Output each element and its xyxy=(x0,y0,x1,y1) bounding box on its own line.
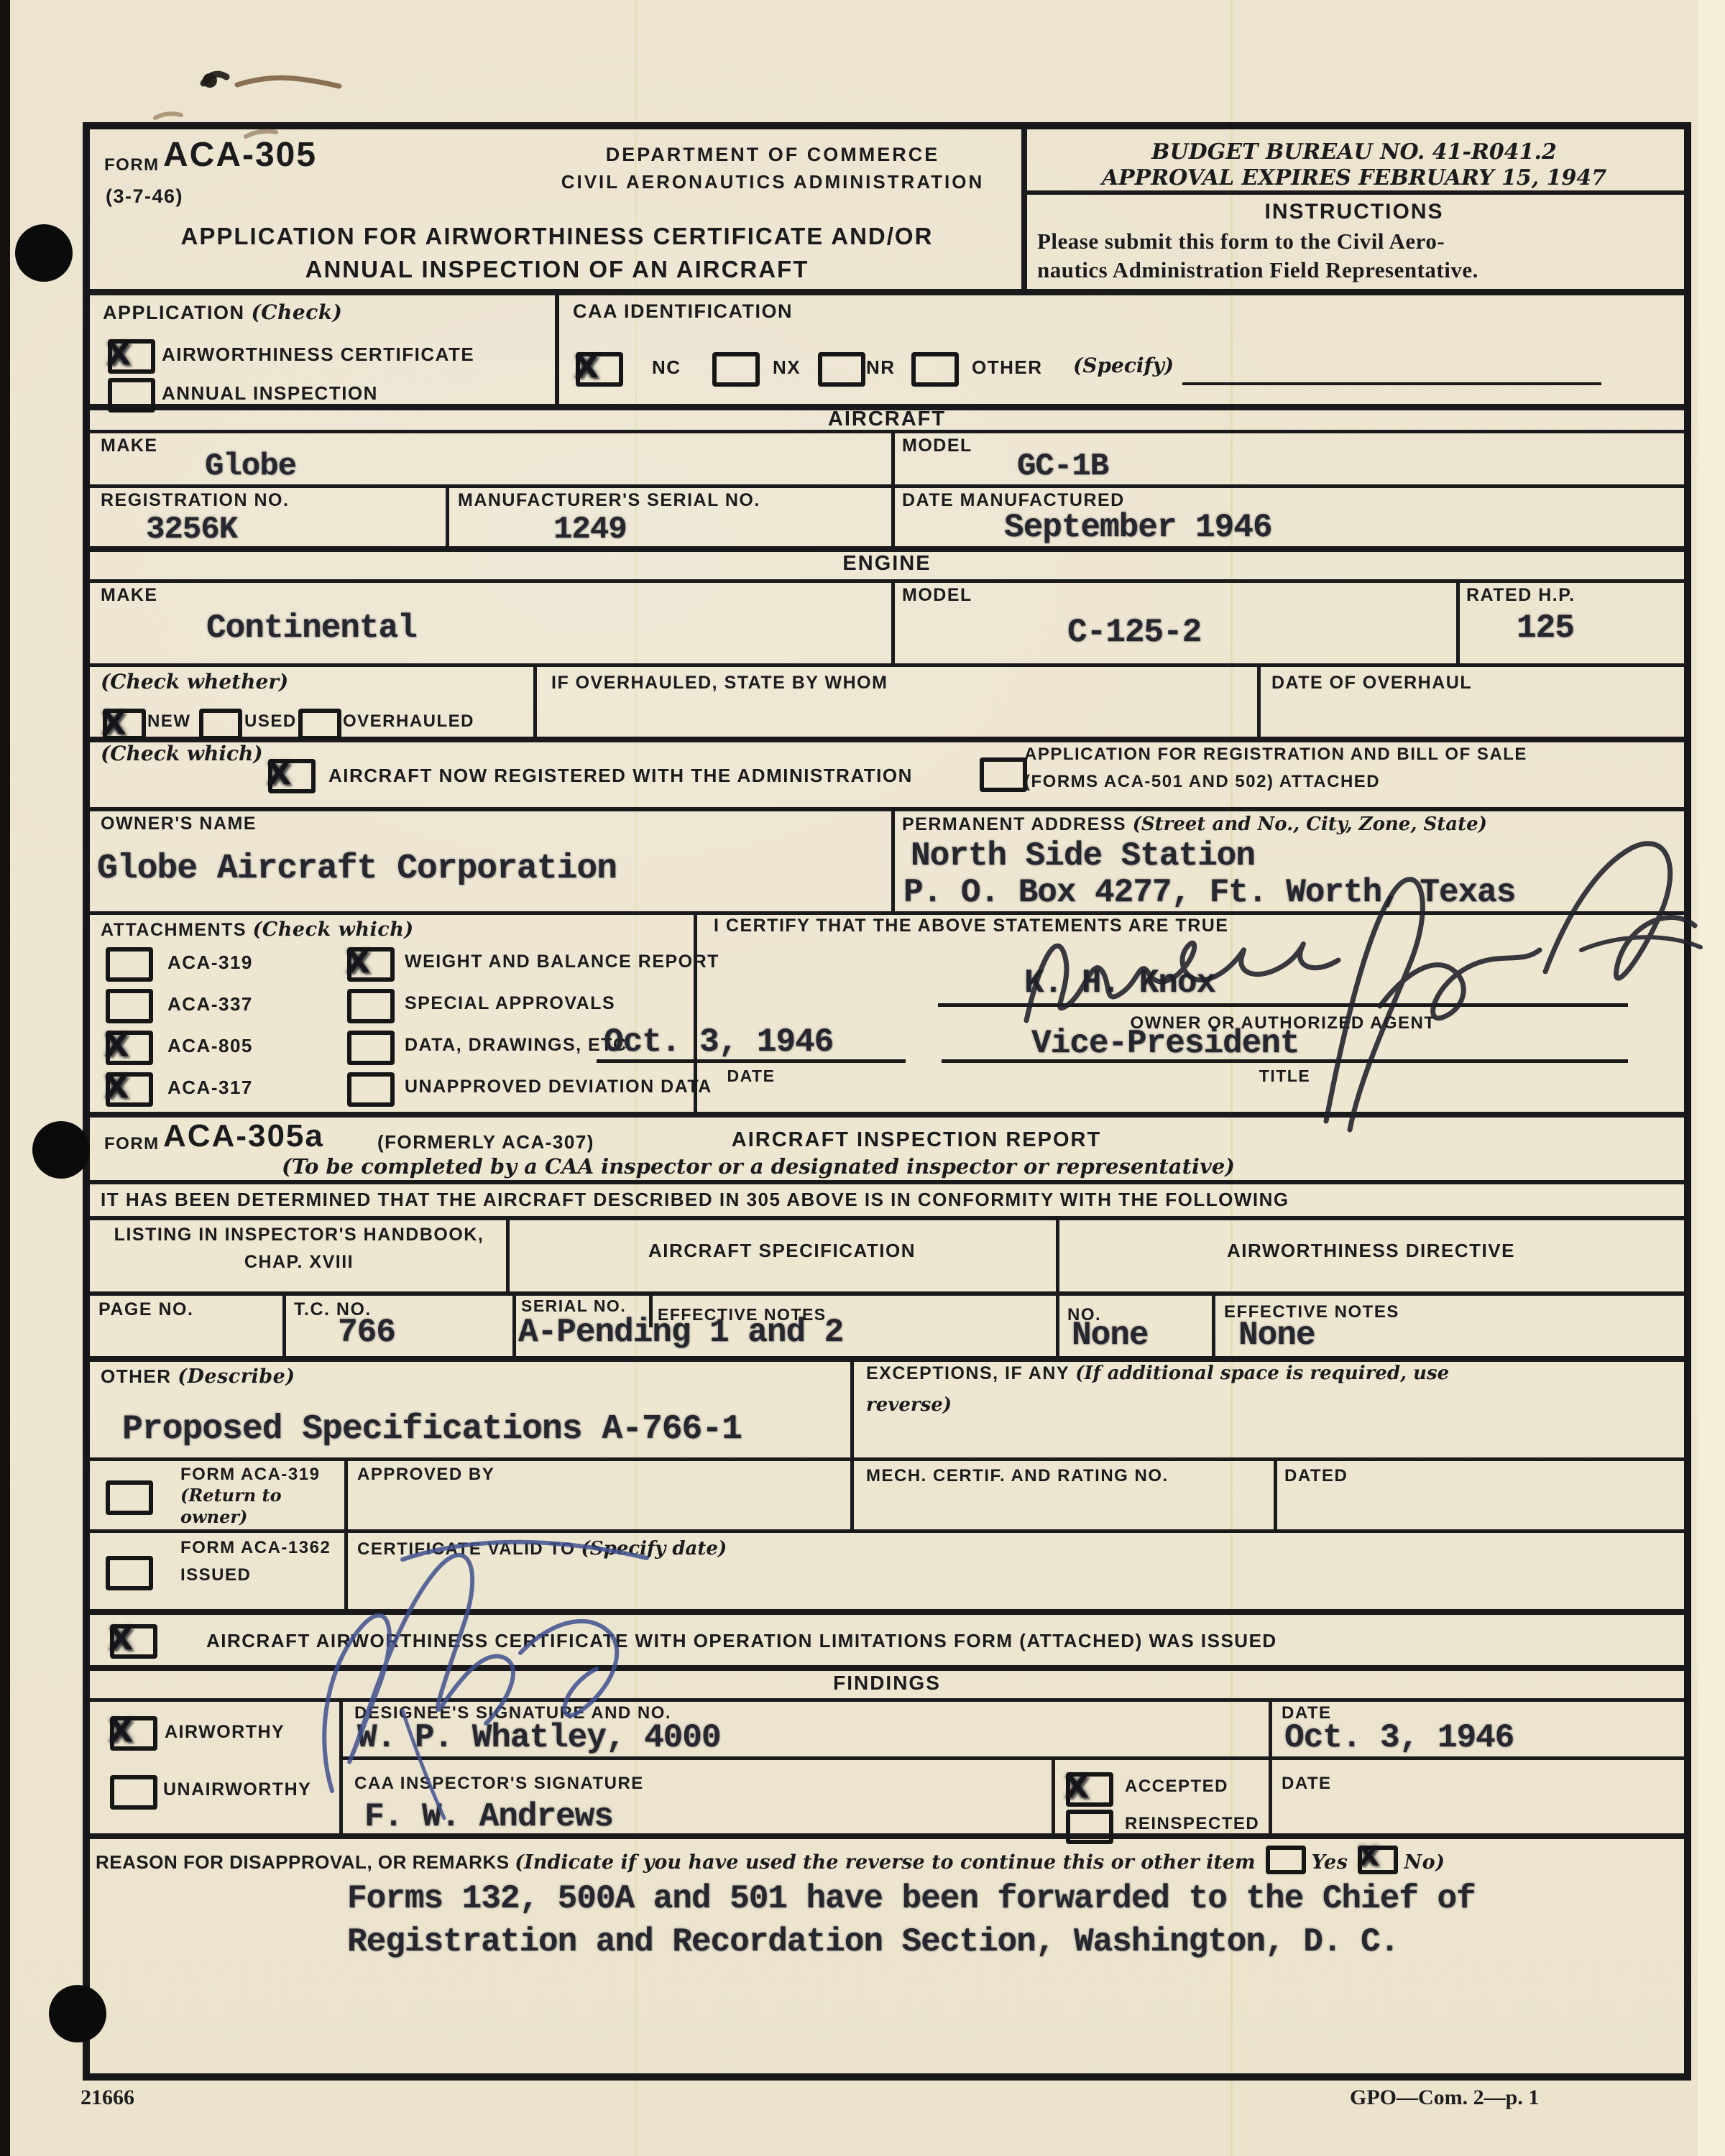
remarks-text-line2: Registration and Recordation Section, Wa… xyxy=(347,1923,1399,1961)
check-mark: x xyxy=(104,1064,129,1110)
aca-319-label: ACA-319 xyxy=(167,952,253,974)
nx-label: NX xyxy=(773,356,801,379)
rule xyxy=(90,1180,1684,1184)
instructions-text-line2: nautics Administration Field Representat… xyxy=(1037,257,1478,283)
engine-overhauled-label: OVERHAULED xyxy=(343,711,474,732)
check-whether-label: (Check whether) xyxy=(101,670,288,694)
gpo-imprint: GPO—Com. 2—p. 1 xyxy=(1350,2086,1539,2110)
agency-name: CIVIL AERONAUTICS ADMINISTRATION xyxy=(492,171,1053,193)
remarks-no-label: No) xyxy=(1404,1851,1445,1874)
scan-left-edge xyxy=(0,0,10,2156)
return-to-owner-line2: owner) xyxy=(180,1506,247,1527)
date-of-overhaul-label: DATE OF OVERHAUL xyxy=(1271,673,1472,694)
other-describe-label: OTHER (Describe) xyxy=(101,1365,295,1388)
nr-label: NR xyxy=(866,356,896,379)
unairworthy-checkbox xyxy=(110,1775,157,1810)
remarks-no-checkbox: x xyxy=(1358,1846,1398,1874)
designee-signature-value: W. P. Whatley, 4000 xyxy=(357,1719,721,1756)
check-mark: x xyxy=(267,750,292,797)
reinspected-checkbox xyxy=(1066,1810,1113,1844)
aca-317-checkbox: x xyxy=(106,1072,153,1107)
instructions-text-line1: Please submit this form to the Civil Aer… xyxy=(1037,229,1445,254)
registration-no-value: 3256K xyxy=(146,512,237,548)
rule xyxy=(90,289,1684,295)
registered-checkbox: x xyxy=(268,759,316,793)
nx-checkbox xyxy=(712,352,760,387)
title-caption: TITLE xyxy=(942,1067,1628,1086)
remarks-label-text: REASON FOR DISAPPROVAL, OR REMARKS xyxy=(96,1851,510,1873)
rule xyxy=(90,1112,1684,1118)
paper-right-margin xyxy=(1698,0,1725,2156)
rule xyxy=(90,1698,1684,1702)
check-mark: x xyxy=(101,700,126,747)
engine-make-value: Continental xyxy=(206,609,417,647)
attachments-label-italic: (Check which) xyxy=(253,918,414,941)
form-aca-1362-checkbox xyxy=(106,1556,153,1590)
engine-new-checkbox: x xyxy=(103,709,146,740)
rule xyxy=(1052,1758,1055,1835)
caa-identification-label: CAA IDENTIFICATION xyxy=(573,300,793,323)
check-mark: x xyxy=(109,1708,134,1754)
registration-no-label: REGISTRATION NO. xyxy=(101,490,289,511)
engine-model-value: C-125-2 xyxy=(1067,614,1201,651)
aircraft-model-value: GC-1B xyxy=(1017,448,1108,484)
form-aca-319-label: FORM ACA-319 xyxy=(180,1465,320,1485)
rule xyxy=(90,1457,1684,1461)
manufacturer-serial-value: 1249 xyxy=(553,512,627,548)
other-describe-value: Proposed Specifications A-766-1 xyxy=(122,1410,742,1449)
check-mark: x xyxy=(1358,1835,1380,1876)
form-revision-date: (3-7-46) xyxy=(106,185,183,208)
valid-to-label-italic: (Specify date) xyxy=(581,1538,727,1560)
accepted-checkbox: x xyxy=(1066,1772,1113,1807)
certificate-valid-to-label: CERTIFICATE VALID TO (Specify date) xyxy=(357,1538,727,1560)
spec-serial-notes-value: A-Pending 1 and 2 xyxy=(518,1314,843,1351)
special-approvals-label: SPECIAL APPROVALS xyxy=(405,993,615,1014)
aircraft-specification-header: AIRCRAFT SPECIFICATION xyxy=(508,1240,1056,1262)
aircraft-model-label: MODEL xyxy=(902,436,972,456)
other-id-label: OTHER xyxy=(972,356,1043,379)
approval-expiration: APPROVAL EXPIRES FEBRUARY 15, 1947 xyxy=(1024,165,1684,190)
rule xyxy=(446,486,449,548)
unapproved-deviation-checkbox xyxy=(347,1072,395,1107)
application-section-label: APPLICATION (Check) xyxy=(103,300,342,324)
application-label-text: APPLICATION xyxy=(103,302,245,323)
permanent-address-label-italic: (Street and No., City, Zone, State) xyxy=(1133,814,1487,835)
signer-typed-name: K. H. Knox xyxy=(1024,964,1215,1002)
inspector-date-label: DATE xyxy=(1282,1774,1332,1794)
special-approvals-checkbox xyxy=(347,989,395,1023)
punch-hole xyxy=(49,1985,106,2042)
rule xyxy=(282,1294,286,1358)
form-aca-319-checkbox xyxy=(106,1480,153,1515)
date-manufactured-label: DATE MANUFACTURED xyxy=(902,490,1125,511)
print-control-number: 21666 xyxy=(80,2086,134,2110)
form-number: ACA-305 xyxy=(163,135,317,175)
directive-notes-value: None xyxy=(1238,1317,1315,1354)
punch-hole xyxy=(32,1121,90,1179)
remarks-line: REASON FOR DISAPPROVAL, OR REMARKS (Indi… xyxy=(96,1846,1445,1874)
engine-section-title: ENGINE xyxy=(90,552,1684,576)
conformity-statement: IT HAS BEEN DETERMINED THAT THE AIRCRAFT… xyxy=(101,1189,1289,1211)
rated-hp-value: 125 xyxy=(1517,609,1574,647)
check-mark: x xyxy=(104,1022,129,1069)
rule xyxy=(90,1665,1684,1671)
unairworthy-label: UNAIRWORTHY xyxy=(163,1779,311,1800)
form-title-line1: APPLICATION FOR AIRWORTHINESS CERTIFICAT… xyxy=(90,223,1024,250)
form-aca-1362-label: FORM ACA-1362 xyxy=(180,1538,331,1558)
permanent-address-label: PERMANENT ADDRESS (Street and No., City,… xyxy=(902,814,1487,835)
rule xyxy=(341,1756,1684,1760)
title-line xyxy=(942,1059,1628,1063)
rule xyxy=(1257,665,1261,739)
aca-805-checkbox: x xyxy=(106,1031,153,1065)
report-form-prefix: FORM xyxy=(104,1134,160,1154)
remarks-label-italic: (Indicate if you have used the reverse t… xyxy=(515,1851,1255,1874)
remarks-yes-label: Yes xyxy=(1312,1851,1348,1874)
aircraft-section-title: AIRCRAFT xyxy=(90,407,1684,431)
rule xyxy=(891,581,895,665)
date-caption: DATE xyxy=(597,1067,906,1086)
handbook-header-line1: LISTING IN INSPECTOR'S HANDBOOK, xyxy=(90,1225,508,1245)
aca-317-label: ACA-317 xyxy=(167,1077,253,1099)
aircraft-make-label: MAKE xyxy=(101,436,158,456)
rule xyxy=(1024,190,1684,195)
rule xyxy=(555,291,559,406)
rule xyxy=(344,1459,348,1611)
nc-label: NC xyxy=(652,356,681,379)
rule xyxy=(90,911,1684,915)
rule xyxy=(533,665,537,739)
rule xyxy=(90,1356,1684,1362)
check-mark: x xyxy=(106,331,132,377)
rule xyxy=(850,1459,854,1531)
other-label-text: OTHER xyxy=(101,1365,172,1387)
airworthy-label: AIRWORTHY xyxy=(165,1722,285,1743)
other-id-checkbox xyxy=(911,352,959,387)
rule xyxy=(1274,1459,1277,1531)
reinspected-label: REINSPECTED xyxy=(1125,1814,1259,1834)
accepted-label: ACCEPTED xyxy=(1125,1777,1228,1797)
airworthiness-directive-header: AIRWORTHINESS DIRECTIVE xyxy=(1058,1240,1684,1262)
report-subtitle: (To be completed by a CAA inspector or a… xyxy=(219,1154,1297,1179)
engine-used-label: USED xyxy=(244,711,297,732)
weight-balance-checkbox: x xyxy=(347,947,395,982)
rule xyxy=(891,431,895,548)
mech-certif-label: MECH. CERTIF. AND RATING NO. xyxy=(866,1466,1169,1486)
overhauled-by-whom-label: IF OVERHAULED, STATE BY WHOM xyxy=(551,673,888,694)
directive-no-value: None xyxy=(1072,1317,1148,1354)
engine-model-label: MODEL xyxy=(902,585,972,606)
spec-serial-label: SERIAL NO. xyxy=(521,1296,626,1316)
rule xyxy=(90,579,1684,583)
aircraft-make-value: Globe xyxy=(205,448,296,484)
dated-label: DATED xyxy=(1284,1466,1348,1486)
exceptions-label: EXCEPTIONS, IF ANY (If additional space … xyxy=(866,1363,1449,1384)
registered-label: AIRCRAFT NOW REGISTERED WITH THE ADMINIS… xyxy=(328,765,913,787)
engine-used-checkbox xyxy=(199,709,242,740)
engine-new-label: NEW xyxy=(147,711,191,732)
owner-name-value: Globe Aircraft Corporation xyxy=(97,849,617,888)
application-label-italic: (Check) xyxy=(252,300,343,324)
address-line2-value: P. O. Box 4277, Ft. Worth, Texas xyxy=(903,874,1515,911)
nc-checkbox: x xyxy=(576,352,623,387)
rule xyxy=(90,1216,1684,1220)
signer-title-value: Vice-President xyxy=(1031,1025,1299,1062)
data-drawings-checkbox xyxy=(347,1031,395,1065)
check-mark: x xyxy=(574,344,599,390)
rule xyxy=(891,808,895,913)
address-line1-value: North Side Station xyxy=(911,837,1255,875)
form-title-line2: ANNUAL INSPECTION OF AN AIRCRAFT xyxy=(90,256,1024,283)
remarks-text-line1: Forms 132, 500A and 501 have been forwar… xyxy=(347,1880,1476,1917)
rule xyxy=(512,1294,516,1358)
return-to-owner-line1: (Return to xyxy=(180,1485,282,1506)
rule xyxy=(90,663,1684,667)
annual-inspection-label: ANNUAL INSPECTION xyxy=(162,382,378,405)
rated-hp-label: RATED H.P. xyxy=(1466,585,1575,606)
issued-label: ISSUED xyxy=(180,1565,251,1585)
aca-337-checkbox xyxy=(106,989,153,1023)
owner-name-label: OWNER'S NAME xyxy=(101,814,257,834)
data-drawings-label: DATA, DRAWINGS, ETC. xyxy=(405,1035,633,1056)
certificate-issued-checkbox: x xyxy=(110,1624,157,1659)
department-name: DEPARTMENT OF COMMERCE xyxy=(492,144,1053,166)
scanned-form-page: FORM ACA-305 (3-7-46) DEPARTMENT OF COMM… xyxy=(0,0,1725,2156)
attachments-label-text: ATTACHMENTS xyxy=(101,920,247,940)
aca-805-label: ACA-805 xyxy=(167,1035,253,1057)
designee-date-value: Oct. 3, 1946 xyxy=(1284,1719,1514,1756)
rule xyxy=(90,1609,1684,1615)
certification-date-value: Oct. 3, 1946 xyxy=(604,1023,833,1061)
report-formerly-label: (FORMERLY ACA-307) xyxy=(377,1131,594,1153)
check-mark: x xyxy=(1064,1764,1090,1810)
airworthiness-certificate-label: AIRWORTHINESS CERTIFICATE xyxy=(162,344,474,366)
date-line xyxy=(597,1059,906,1063)
check-mark: x xyxy=(346,939,371,985)
aca-337-label: ACA-337 xyxy=(167,993,253,1015)
signature-line xyxy=(938,1003,1628,1007)
rule xyxy=(90,1291,1684,1296)
findings-section-title: FINDINGS xyxy=(90,1672,1684,1695)
instructions-title: INSTRUCTIONS xyxy=(1024,200,1684,224)
report-title: AIRCRAFT INSPECTION REPORT xyxy=(593,1128,1240,1152)
tc-no-value: 766 xyxy=(338,1314,395,1351)
rule xyxy=(850,1358,854,1459)
rule xyxy=(1269,1700,1272,1835)
remarks-yes-checkbox xyxy=(1266,1846,1306,1874)
engine-overhauled-checkbox xyxy=(298,709,341,740)
rule xyxy=(90,484,1684,488)
registration-application-label-line2: (FORMS ACA-501 AND 502) ATTACHED xyxy=(1024,772,1380,792)
check-which-label: (Check which) xyxy=(101,742,263,765)
budget-bureau-number: BUDGET BUREAU NO. 41-R041.2 xyxy=(1024,139,1684,165)
caa-inspector-signature-label: CAA INSPECTOR'S SIGNATURE xyxy=(354,1774,644,1794)
airworthiness-certificate-checkbox: x xyxy=(108,339,155,374)
permanent-address-label-text: PERMANENT ADDRESS xyxy=(902,814,1126,834)
valid-to-label-text: CERTIFICATE VALID TO xyxy=(357,1539,575,1559)
caa-inspector-signature-value: F. W. Andrews xyxy=(364,1798,613,1835)
rule xyxy=(90,807,1684,811)
exceptions-label-italic: (If additional space is required, use xyxy=(1075,1363,1449,1384)
aca-319-checkbox xyxy=(106,947,153,982)
certify-statement: I CERTIFY THAT THE ABOVE STATEMENTS ARE … xyxy=(714,916,1228,936)
approved-by-label: APPROVED BY xyxy=(357,1465,494,1485)
exceptions-label-line2: reverse) xyxy=(866,1394,952,1416)
engine-make-label: MAKE xyxy=(101,585,158,606)
punch-hole xyxy=(15,224,73,282)
rule xyxy=(90,1529,1684,1533)
handbook-header-line2: CHAP. XVIII xyxy=(90,1252,508,1273)
exceptions-label-text: EXCEPTIONS, IF ANY xyxy=(866,1363,1069,1383)
rule xyxy=(1456,581,1460,665)
attachments-label: ATTACHMENTS (Check which) xyxy=(101,918,414,941)
certificate-issued-label: AIRCRAFT AIRWORTHINESS CERTIFICATE WITH … xyxy=(206,1630,1277,1652)
page-no-label: PAGE NO. xyxy=(98,1299,193,1320)
rule xyxy=(90,1833,1684,1839)
weight-balance-label: WEIGHT AND BALANCE REPORT xyxy=(405,952,719,972)
registration-application-label-line1: APPLICATION FOR REGISTRATION AND BILL OF… xyxy=(1024,745,1527,765)
registration-application-checkbox xyxy=(980,757,1027,792)
nr-checkbox xyxy=(818,352,865,387)
other-id-blank-line xyxy=(1182,382,1601,385)
rule xyxy=(339,1700,343,1835)
report-form-number: ACA-305a xyxy=(163,1118,324,1154)
form-number-prefix: FORM xyxy=(104,155,160,175)
rule xyxy=(90,546,1684,552)
other-label-italic: (Describe) xyxy=(178,1365,295,1388)
other-id-specify-label: (Specify) xyxy=(1073,354,1174,377)
form-border: FORM ACA-305 (3-7-46) DEPARTMENT OF COMM… xyxy=(83,122,1691,2081)
rule xyxy=(1212,1294,1215,1358)
check-mark: x xyxy=(109,1616,134,1662)
airworthy-checkbox: x xyxy=(110,1716,157,1751)
date-manufactured-value: September 1946 xyxy=(1004,509,1271,546)
manufacturer-serial-label: MANUFACTURER'S SERIAL NO. xyxy=(458,490,760,511)
